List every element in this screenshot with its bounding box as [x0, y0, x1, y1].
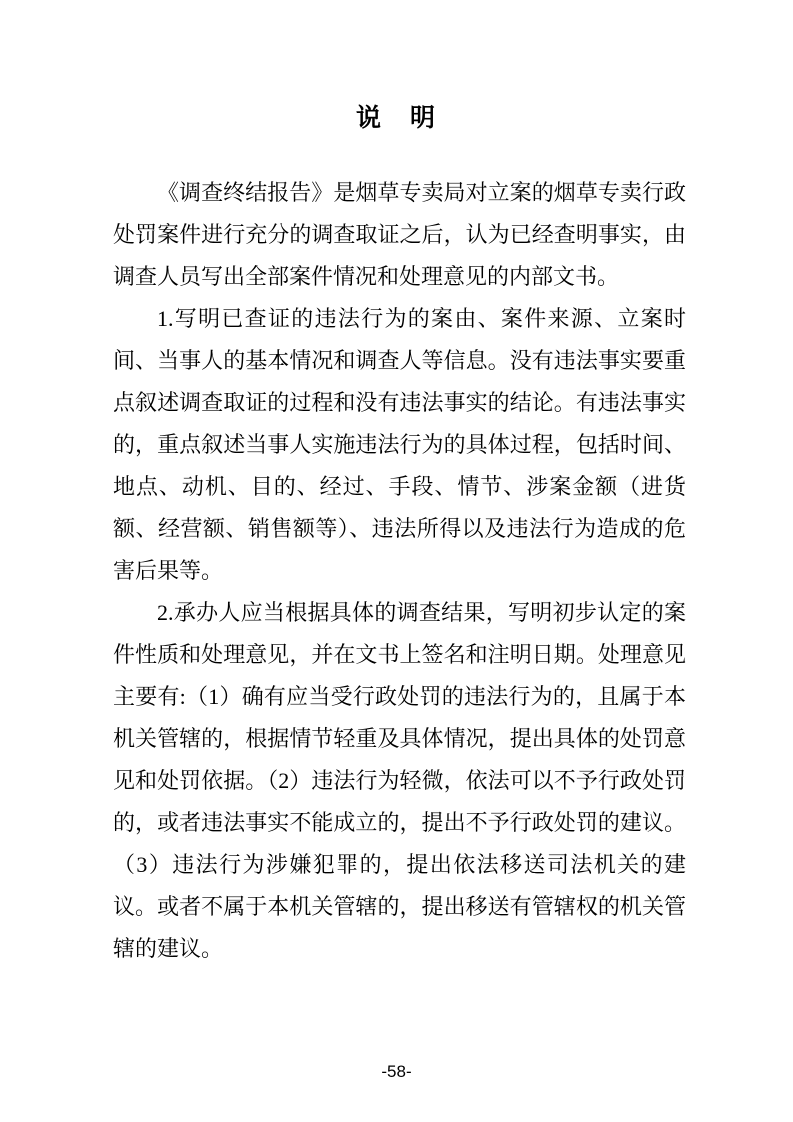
page-number: -58- — [0, 1062, 793, 1082]
document-page: 说 明 《调查终结报告》是烟草专卖局对立案的烟草专卖行政处罚案件进行充分的调查取… — [0, 0, 793, 1122]
document-body: 《调查终结报告》是烟草专卖局对立案的烟草专卖行政处罚案件进行充分的调查取证之后，… — [113, 172, 686, 970]
paragraph-intro: 《调查终结报告》是烟草专卖局对立案的烟草专卖行政处罚案件进行充分的调查取证之后，… — [113, 172, 686, 298]
paragraph-item-2: 2.承办人应当根据具体的调查结果，写明初步认定的案件性质和处理意见，并在文书上签… — [113, 592, 686, 970]
paragraph-item-1: 1.写明已查证的违法行为的案由、案件来源、立案时间、当事人的基本情况和调查人等信… — [113, 298, 686, 592]
page-title: 说 明 — [0, 98, 793, 134]
